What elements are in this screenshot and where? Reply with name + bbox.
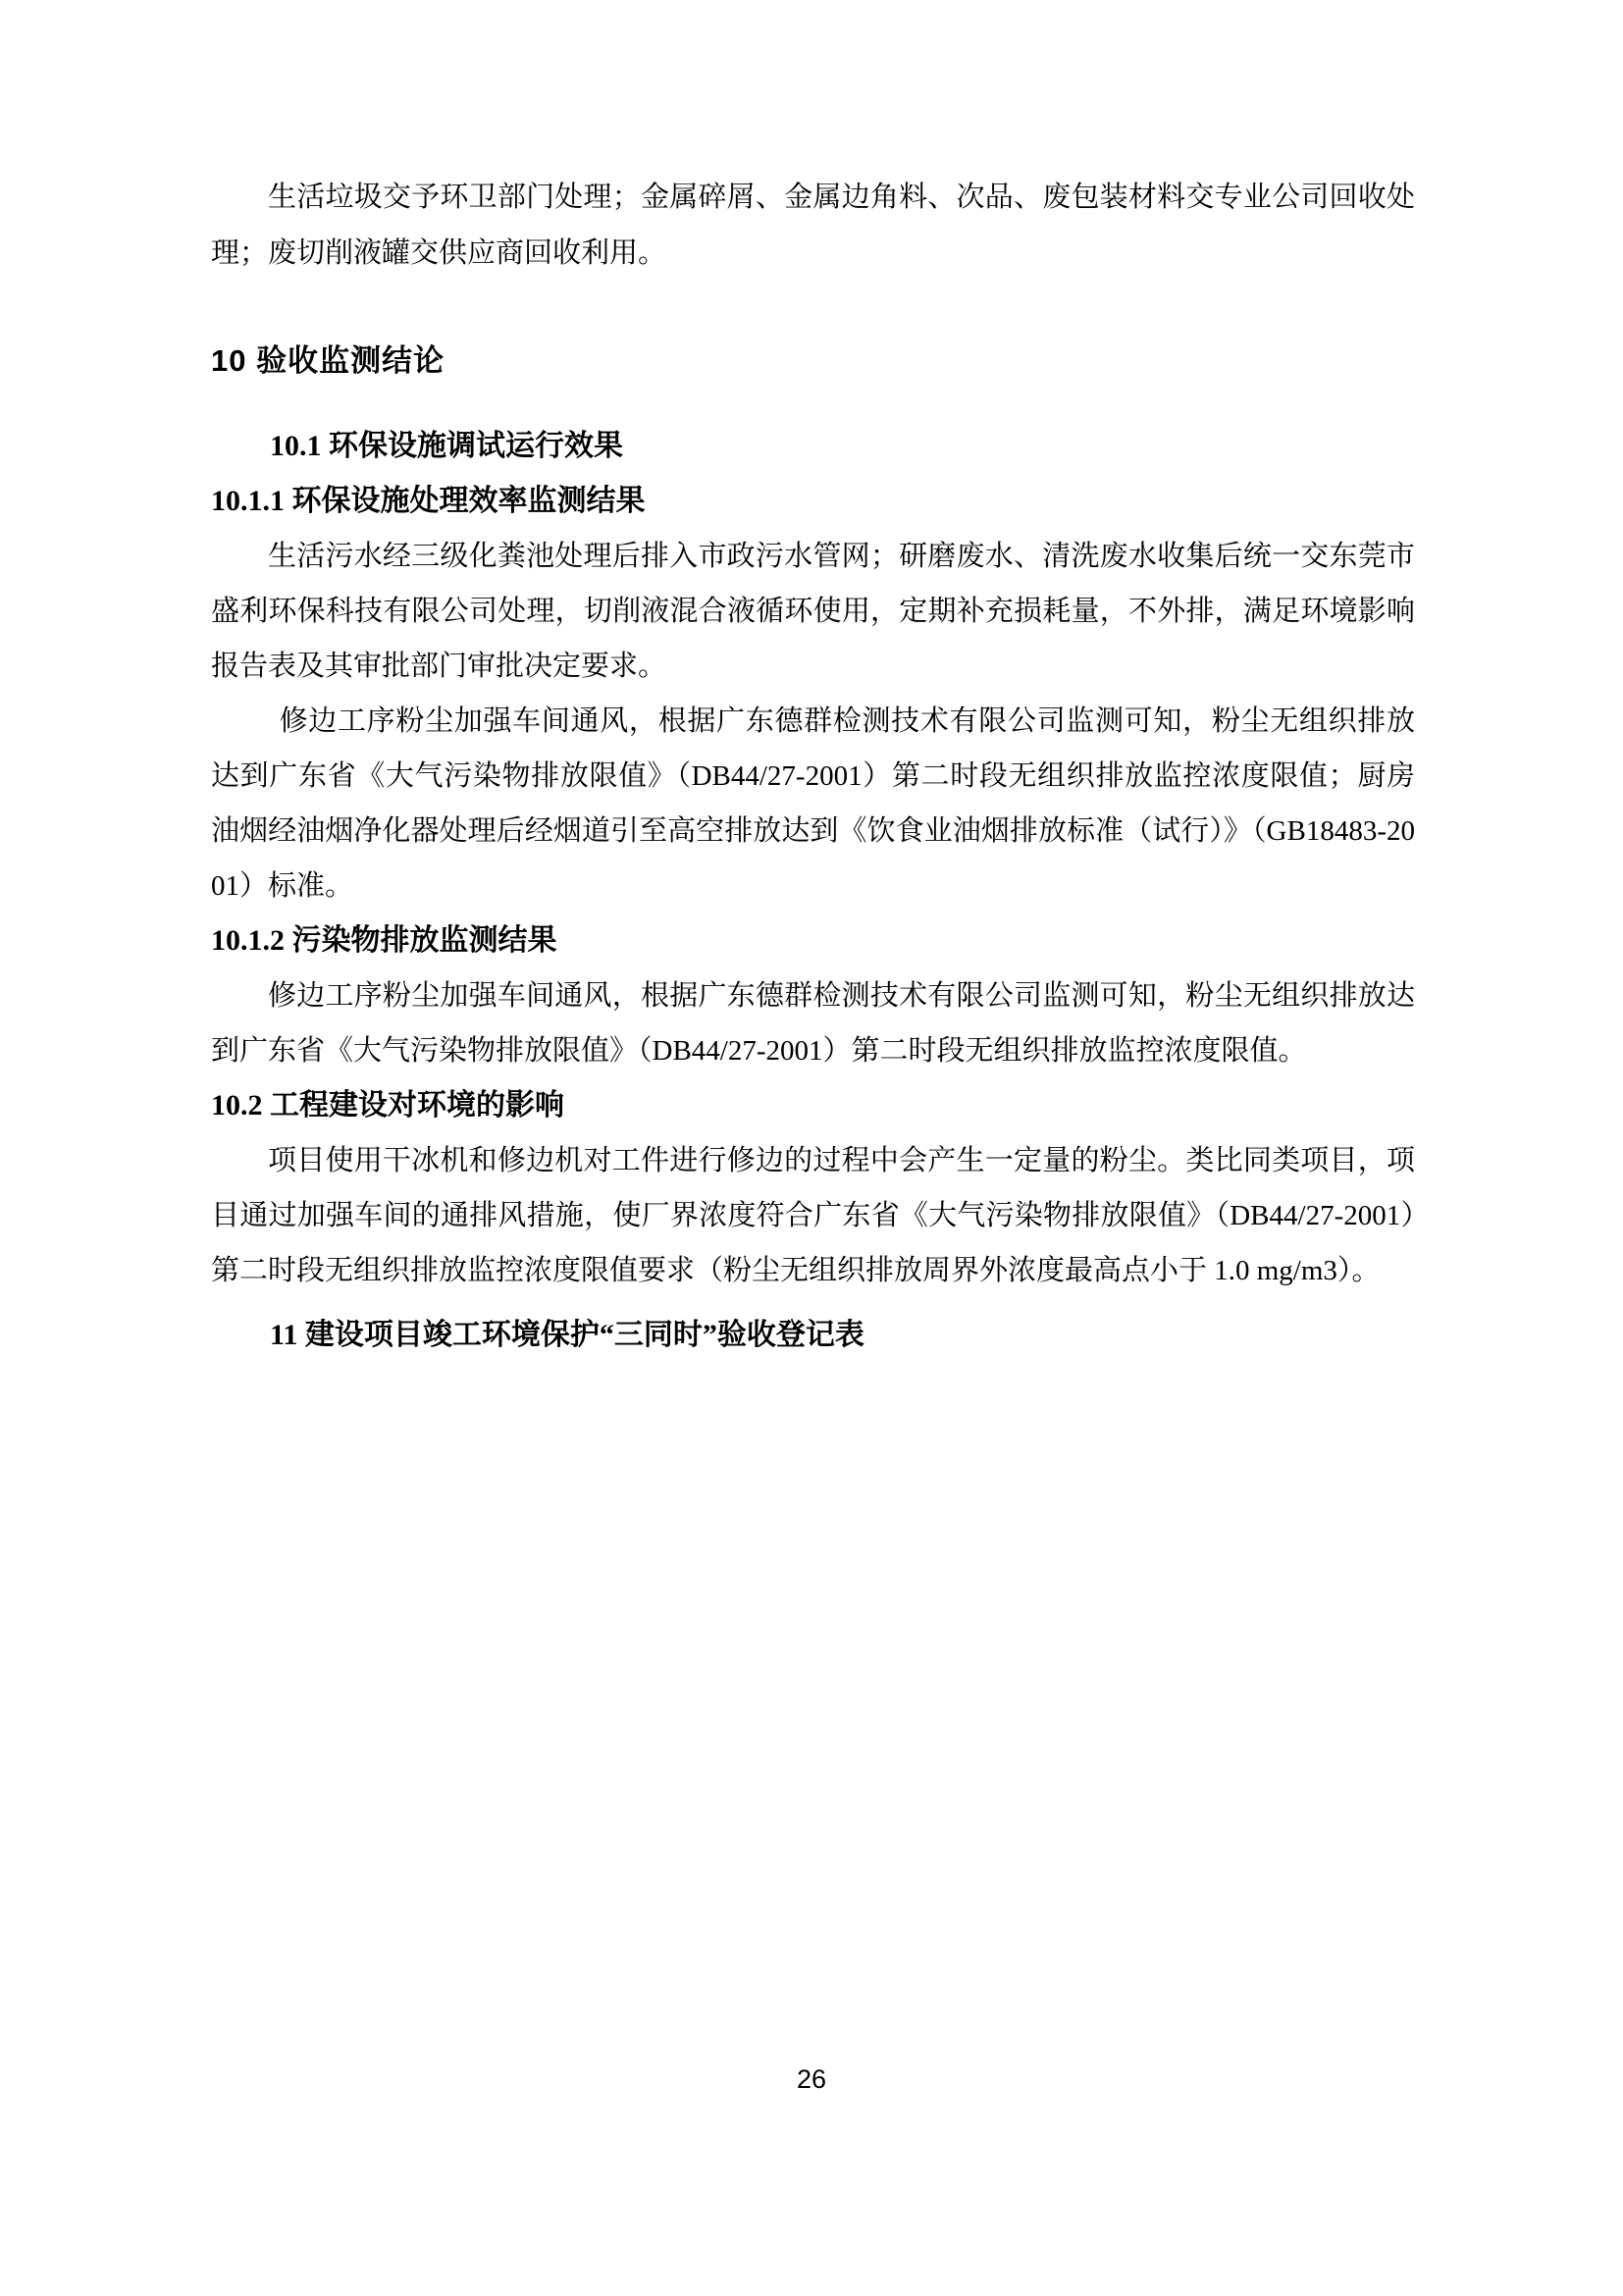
heading-section-10-2-environment-impact: 10.2 工程建设对环境的影响 — [211, 1078, 1415, 1133]
paragraph-waste-disposal: 生活垃圾交予环卫部门处理；金属碎屑、金属边角料、次品、废包装材料交专业公司回收处… — [211, 170, 1415, 282]
heading-section-10-1-facility-effect: 10.1 环保设施调试运行效果 — [211, 419, 1415, 474]
paragraph-project-impact: 项目使用干冰机和修边机对工件进行修边的过程中会产生一定量的粉尘。类比同类项目，项… — [211, 1133, 1415, 1298]
paragraph-dust-and-fume-standards: 修边工序粉尘加强车间通风，根据广东德群检测技术有限公司监测可知，粉尘无组织排放达… — [211, 694, 1415, 913]
page-number: 26 — [0, 2063, 1623, 2095]
paragraph-dust-emission-result: 修边工序粉尘加强车间通风，根据广东德群检测技术有限公司监测可知，粉尘无组织排放达… — [211, 968, 1415, 1078]
heading-section-10-1-2-emission-results: 10.1.2 污染物排放监测结果 — [211, 913, 1415, 968]
document-page: 生活垃圾交予环卫部门处理；金属碎屑、金属边角料、次品、废包装材料交专业公司回收处… — [0, 0, 1623, 2296]
paragraph-sewage-treatment: 生活污水经三级化粪池处理后排入市政污水管网；研磨废水、清洗废水收集后统一交东莞市… — [211, 529, 1415, 694]
heading-section-10-conclusion: 10 验收监测结论 — [211, 334, 1415, 389]
document-content: 生活垃圾交予环卫部门处理；金属碎屑、金属边角料、次品、废包装材料交专业公司回收处… — [211, 170, 1415, 1363]
heading-section-10-1-1-efficiency-results: 10.1.1 环保设施处理效率监测结果 — [211, 474, 1415, 529]
heading-section-11-registration-form: 11 建设项目竣工环境保护“三同时”验收登记表 — [211, 1308, 1415, 1363]
